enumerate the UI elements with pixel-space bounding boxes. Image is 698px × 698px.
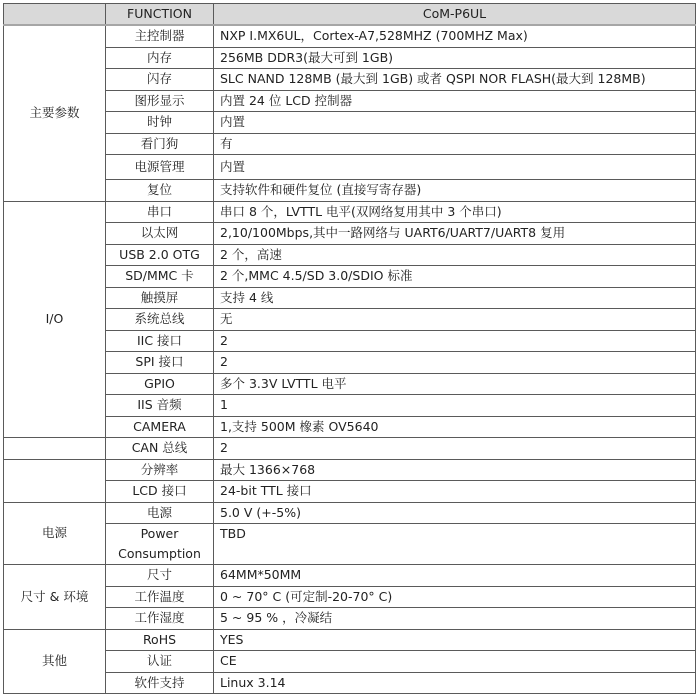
table-row: 闪存 SLC NAND 128MB (最大到 1GB) 或者 QSPI NOR …: [4, 69, 696, 91]
table-row: IIS 音频 1: [4, 395, 696, 417]
function-cell: 复位: [106, 180, 214, 202]
table-row: SD/MMC 卡 2 个,MMC 4.5/SD 3.0/SDIO 标准: [4, 266, 696, 288]
value-cell: 支持 4 线: [214, 287, 696, 309]
function-cell: LCD 接口: [106, 481, 214, 503]
function-cell: 电源管理: [106, 155, 214, 180]
function-cell: IIC 接口: [106, 330, 214, 352]
function-cell: 软件支持: [106, 672, 214, 694]
table-row: 认证 CE: [4, 651, 696, 673]
value-cell: TBD: [214, 524, 696, 565]
value-cell: 24-bit TTL 接口: [214, 481, 696, 503]
value-cell: 2,10/100Mbps,其中一路网络与 UART6/UART7/UART8 复…: [214, 223, 696, 245]
header-row: FUNCTION CoM-P6UL: [4, 4, 696, 26]
value-cell: 1: [214, 395, 696, 417]
function-cell: 触摸屏: [106, 287, 214, 309]
table-row: 软件支持 Linux 3.14: [4, 672, 696, 694]
value-cell: 支持软件和硬件复位 (直接写寄存器): [214, 180, 696, 202]
value-cell: SLC NAND 128MB (最大到 1GB) 或者 QSPI NOR FLA…: [214, 69, 696, 91]
function-cell: 以太网: [106, 223, 214, 245]
function-cell: RoHS: [106, 629, 214, 651]
value-cell: CE: [214, 651, 696, 673]
table-row: 复位 支持软件和硬件复位 (直接写寄存器): [4, 180, 696, 202]
table-row: 以太网 2,10/100Mbps,其中一路网络与 UART6/UART7/UAR…: [4, 223, 696, 245]
group-can: [4, 438, 106, 460]
function-cell: USB 2.0 OTG: [106, 244, 214, 266]
function-cell: GPIO: [106, 373, 214, 395]
table-row: 系统总线 无: [4, 309, 696, 331]
value-cell: 1,支持 500M 橡素 OV5640: [214, 416, 696, 438]
value-cell: 5.0 V (+-5%): [214, 502, 696, 524]
value-cell: YES: [214, 629, 696, 651]
value-cell: 多个 3.3V LVTTL 电平: [214, 373, 696, 395]
function-cell: 图形显示: [106, 90, 214, 112]
table-row: 其他 RoHS YES: [4, 629, 696, 651]
function-cell: 认证: [106, 651, 214, 673]
function-cell: 闪存: [106, 69, 214, 91]
function-cell: SD/MMC 卡: [106, 266, 214, 288]
function-cell: Power Consumption: [106, 524, 214, 565]
table-row: CAMERA 1,支持 500M 橡素 OV5640: [4, 416, 696, 438]
function-cell: CAN 总线: [106, 438, 214, 460]
function-cell: 电源: [106, 502, 214, 524]
value-cell: 64MM*50MM: [214, 565, 696, 587]
function-cell: CAMERA: [106, 416, 214, 438]
value-cell: 最大 1366×768: [214, 459, 696, 481]
table-row: USB 2.0 OTG 2 个，高速: [4, 244, 696, 266]
function-cell: 尺寸: [106, 565, 214, 587]
value-cell: 内置 24 位 LCD 控制器: [214, 90, 696, 112]
table-row: LCD 接口 24-bit TTL 接口: [4, 481, 696, 503]
function-cell: 看门狗: [106, 133, 214, 155]
function-cell: 内存: [106, 47, 214, 69]
function-cell: 系统总线: [106, 309, 214, 331]
value-cell: 2: [214, 352, 696, 374]
group-env: 尺寸 & 环境: [4, 565, 106, 630]
group-main: 主要参数: [4, 25, 106, 201]
table-row: 工作温度 0 ~ 70° C (可定制-20-70° C): [4, 586, 696, 608]
value-cell: 2 个,MMC 4.5/SD 3.0/SDIO 标准: [214, 266, 696, 288]
value-cell: 有: [214, 133, 696, 155]
table-row: GPIO 多个 3.3V LVTTL 电平: [4, 373, 696, 395]
function-cell: 工作温度: [106, 586, 214, 608]
function-cell: 串口: [106, 201, 214, 223]
value-cell: Linux 3.14: [214, 672, 696, 694]
value-cell: 2: [214, 438, 696, 460]
table-row: 看门狗 有: [4, 133, 696, 155]
group-power: 电源: [4, 502, 106, 565]
value-cell: 0 ~ 70° C (可定制-20-70° C): [214, 586, 696, 608]
table-row: SPI 接口 2: [4, 352, 696, 374]
table-row: IIC 接口 2: [4, 330, 696, 352]
value-cell: 2 个，高速: [214, 244, 696, 266]
function-cell: 工作湿度: [106, 608, 214, 630]
table-row: I/O 串口 串口 8 个，LVTTL 电平(双网络复用其中 3 个串口): [4, 201, 696, 223]
header-category: [4, 4, 106, 26]
group-io: I/O: [4, 201, 106, 438]
value-cell: 串口 8 个，LVTTL 电平(双网络复用其中 3 个串口): [214, 201, 696, 223]
value-cell: 无: [214, 309, 696, 331]
value-cell: 内置: [214, 112, 696, 134]
spec-table: FUNCTION CoM-P6UL 主要参数 主控制器 NXP I.MX6UL，…: [3, 3, 696, 694]
value-cell: 5 ~ 95 % ，冷凝结: [214, 608, 696, 630]
function-cell: 分辨率: [106, 459, 214, 481]
table-row: 电源管理 内置: [4, 155, 696, 180]
value-cell: 256MB DDR3(最大可到 1GB): [214, 47, 696, 69]
table-row: 分辨率 最大 1366×768: [4, 459, 696, 481]
table-row: 图形显示 内置 24 位 LCD 控制器: [4, 90, 696, 112]
header-model: CoM-P6UL: [214, 4, 696, 26]
table-row: 电源 电源 5.0 V (+-5%): [4, 502, 696, 524]
function-cell: SPI 接口: [106, 352, 214, 374]
table-row: 主要参数 主控制器 NXP I.MX6UL，Cortex-A7,528MHZ (…: [4, 25, 696, 47]
group-other: 其他: [4, 629, 106, 694]
table-row: 尺寸 & 环境 尺寸 64MM*50MM: [4, 565, 696, 587]
value-cell: NXP I.MX6UL，Cortex-A7,528MHZ (700MHZ Max…: [214, 25, 696, 47]
table-row: 时钟 内置: [4, 112, 696, 134]
function-cell: IIS 音频: [106, 395, 214, 417]
table-row: 工作湿度 5 ~ 95 % ，冷凝结: [4, 608, 696, 630]
group-lcd: [4, 459, 106, 502]
function-cell: 主控制器: [106, 25, 214, 47]
table-row: 内存 256MB DDR3(最大可到 1GB): [4, 47, 696, 69]
value-cell: 内置: [214, 155, 696, 180]
table-row: CAN 总线 2: [4, 438, 696, 460]
header-function: FUNCTION: [106, 4, 214, 26]
function-cell: 时钟: [106, 112, 214, 134]
value-cell: 2: [214, 330, 696, 352]
table-row: 触摸屏 支持 4 线: [4, 287, 696, 309]
table-row: Power Consumption TBD: [4, 524, 696, 565]
